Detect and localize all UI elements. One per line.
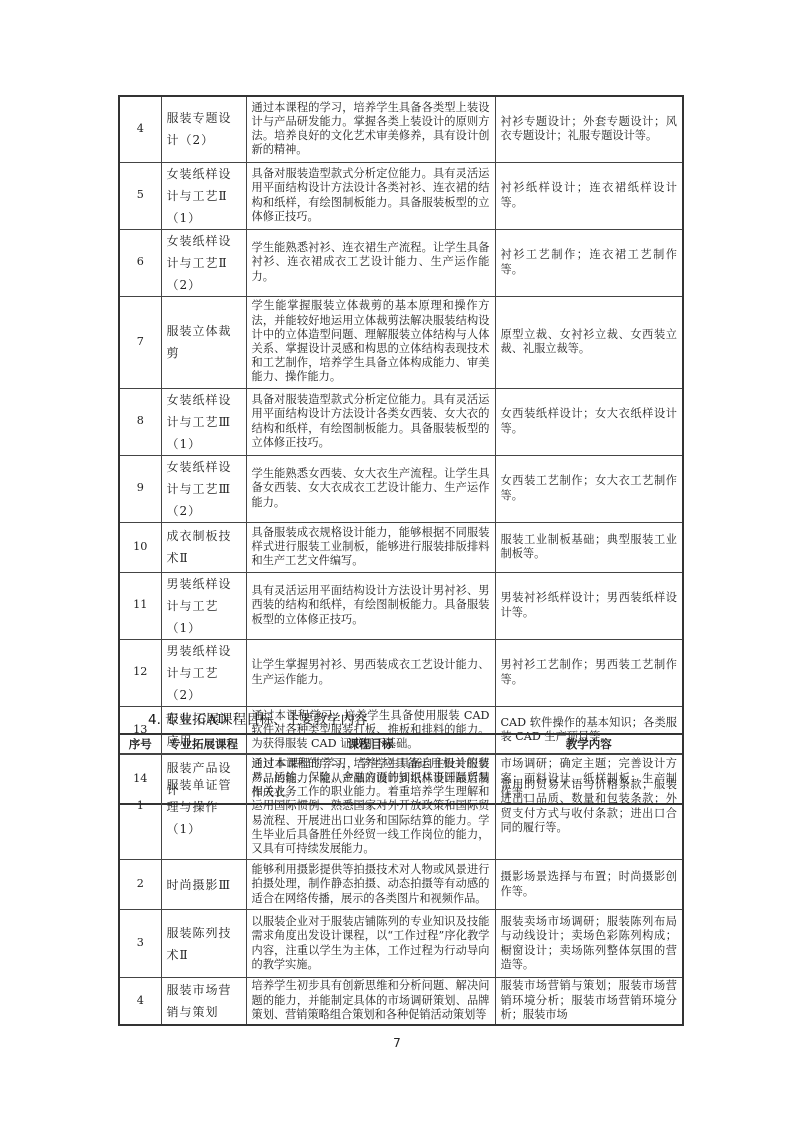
table-header-row: 序号 专业拓展课程 课程目标 教学内容	[119, 734, 683, 754]
header-no: 序号	[119, 734, 161, 754]
course-content: 服装卖场市场调研；服装陈列布局与动线设计；卖场色彩陈列构成；橱窗设计；卖场陈列整…	[495, 910, 683, 978]
course-goal: 学生能掌握服装立体裁剪的基本原理和操作方法，并能较好地运用立体裁剪法解决服装结构…	[246, 296, 495, 388]
table-row: 9女装纸样设计与工艺Ⅲ（2）学生能熟悉女西装、女大衣生产流程。让学生具备女西装、…	[119, 455, 683, 522]
course-number: 4	[119, 96, 161, 162]
course-content: 男衬衫工艺制作；男西装工艺制作等。	[495, 639, 683, 706]
course-name: 服装市场营销与策划	[161, 978, 246, 1025]
course-name: 服装陈列技术Ⅱ	[161, 910, 246, 978]
course-number: 10	[119, 522, 161, 572]
course-number: 12	[119, 639, 161, 706]
course-name: 女装纸样设计与工艺Ⅲ（2）	[161, 455, 246, 522]
table-row: 12男装纸样设计与工艺（2）让学生掌握男衬衫、男西装成衣工艺设计能力、生产运作能…	[119, 639, 683, 706]
table-row: 2时尚摄影Ⅲ能够利用摄影提供等拍摄技术对人物或风景进行拍摄处理，制作静态拍摄、动…	[119, 860, 683, 910]
course-number: 11	[119, 572, 161, 639]
course-number: 4	[119, 978, 161, 1025]
table-row: 4服装专题设计（2）通过本课程的学习，培养学生具备各类型上装设计与产品研发能力。…	[119, 96, 683, 162]
course-name: 服装单证管理与操作（1）	[161, 754, 246, 860]
course-name: 男装纸样设计与工艺（1）	[161, 572, 246, 639]
course-number: 6	[119, 229, 161, 296]
course-goal: 学生能熟悉女西装、女大衣生产流程。让学生具备女西装、女大衣成衣工艺设计能力、生产…	[246, 455, 495, 522]
course-goal: 能够利用摄影提供等拍摄技术对人物或风景进行拍摄处理，制作静态拍摄、动态拍摄等有动…	[246, 860, 495, 910]
table-row: 10成衣制板技术Ⅱ具备服装成衣规格设计能力，能够根据不同服装样式进行服装工业制板…	[119, 522, 683, 572]
course-goal: 具备对服装造型款式分析定位能力。具有灵活运用平面结构设计方法设计各类女西装、女大…	[246, 388, 495, 455]
course-content: 男装衬衫纸样设计；男西装纸样设计等。	[495, 572, 683, 639]
course-name: 女装纸样设计与工艺Ⅱ（1）	[161, 162, 246, 229]
course-name: 时尚摄影Ⅲ	[161, 860, 246, 910]
core-course-table-body: 4服装专题设计（2）通过本课程的学习，培养学生具备各类型上装设计与产品研发能力。…	[119, 96, 683, 804]
course-number: 8	[119, 388, 161, 455]
course-name: 服装专题设计（2）	[161, 96, 246, 162]
course-name: 男装纸样设计与工艺（2）	[161, 639, 246, 706]
table-row: 1服装单证管理与操作（1）通过本课程的学习，学生应具备运用相关的贸易、运输、保险…	[119, 754, 683, 860]
course-number: 3	[119, 910, 161, 978]
course-name: 服装立体裁剪	[161, 296, 246, 388]
table-row: 3服装陈列技术Ⅱ以服装企业对于服装店铺陈列的专业知识及技能需求角度出发设计课程，…	[119, 910, 683, 978]
table-row: 7服装立体裁剪学生能掌握服装立体裁剪的基本原理和操作方法，并能较好地运用立体裁剪…	[119, 296, 683, 388]
course-number: 7	[119, 296, 161, 388]
course-content: 衬衫纸样设计；连衣裙纸样设计等。	[495, 162, 683, 229]
course-goal: 培养学生初步具有创新思维和分析问题、解决问题的能力，并能制定具体的市场调研策划、…	[246, 978, 495, 1025]
header-content: 教学内容	[495, 734, 683, 754]
table-row: 4服装市场营销与策划培养学生初步具有创新思维和分析问题、解决问题的能力，并能制定…	[119, 978, 683, 1025]
course-content: 服装工业制板基础；典型服装工业制板等。	[495, 522, 683, 572]
core-course-table: 4服装专题设计（2）通过本课程的学习，培养学生具备各类型上装设计与产品研发能力。…	[118, 95, 684, 805]
page-number: 7	[0, 1036, 794, 1050]
course-number: 5	[119, 162, 161, 229]
course-content: 摄影场景选择与布置；时尚摄影创作等。	[495, 860, 683, 910]
header-course: 专业拓展课程	[161, 734, 246, 754]
course-content: 原型立裁、女衬衫立裁、女西装立裁、礼服立裁等。	[495, 296, 683, 388]
course-goal: 具备服装成衣规格设计能力，能够根据不同服装样式进行服装工业制板，能够进行服装排版…	[246, 522, 495, 572]
course-content: 衬衫工艺制作；连衣裙工艺制作等。	[495, 229, 683, 296]
header-goal: 课程目标	[246, 734, 495, 754]
course-goal: 通过本课程的学习，学生应具备运用相关的贸易、运输、保险、金融方面的知识从事国际贸…	[246, 754, 495, 860]
course-name: 女装纸样设计与工艺Ⅲ（1）	[161, 388, 246, 455]
table-row: 8女装纸样设计与工艺Ⅲ（1）具备对服装造型款式分析定位能力。具有灵活运用平面结构…	[119, 388, 683, 455]
extension-course-table: 序号 专业拓展课程 课程目标 教学内容 1服装单证管理与操作（1）通过本课程的学…	[118, 733, 684, 1026]
course-goal: 以服装企业对于服装店铺陈列的专业知识及技能需求角度出发设计课程，以“工作过程”序…	[246, 910, 495, 978]
course-name: 女装纸样设计与工艺Ⅱ（2）	[161, 229, 246, 296]
extension-course-table-body: 1服装单证管理与操作（1）通过本课程的学习，学生应具备运用相关的贸易、运输、保险…	[119, 754, 683, 1025]
course-goal: 让学生掌握男衬衫、男西装成衣工艺设计能力、生产运作能力。	[246, 639, 495, 706]
course-number: 1	[119, 754, 161, 860]
course-content: 衬衫专题设计；外套专题设计；风衣专题设计；礼服专题设计等。	[495, 96, 683, 162]
course-number: 2	[119, 860, 161, 910]
course-name: 成衣制板技术Ⅱ	[161, 522, 246, 572]
course-goal: 具有灵活运用平面结构设计方法设计男衬衫、男西装的结构和纸样，有绘图制板能力。具备…	[246, 572, 495, 639]
course-content: 女西装纸样设计；女大衣纸样设计等。	[495, 388, 683, 455]
section-title: 4. 专业拓展课程目标、主要教学内容	[148, 708, 368, 728]
course-content: 常用的贸易术语与价格条款；服装进出口品质、数量和包装条款；外贸支付方式与收付条款…	[495, 754, 683, 860]
course-number: 9	[119, 455, 161, 522]
course-goal: 通过本课程的学习，培养学生具备各类型上装设计与产品研发能力。掌握各类上装设计的原…	[246, 96, 495, 162]
table-row: 5女装纸样设计与工艺Ⅱ（1）具备对服装造型款式分析定位能力。具有灵活运用平面结构…	[119, 162, 683, 229]
table-row: 6女装纸样设计与工艺Ⅱ（2）学生能熟悉衬衫、连衣裙生产流程。让学生具备衬衫、连衣…	[119, 229, 683, 296]
course-content: 女西装工艺制作；女大衣工艺制作等。	[495, 455, 683, 522]
course-goal: 学生能熟悉衬衫、连衣裙生产流程。让学生具备衬衫、连衣裙成衣工艺设计能力、生产运作…	[246, 229, 495, 296]
course-goal: 具备对服装造型款式分析定位能力。具有灵活运用平面结构设计方法设计各类衬衫、连衣裙…	[246, 162, 495, 229]
document-page: 4服装专题设计（2）通过本课程的学习，培养学生具备各类型上装设计与产品研发能力。…	[0, 0, 794, 1123]
course-content: 服装市场营销与策划；服装市场营销环境分析；服装市场营销环境分析；服装市场	[495, 978, 683, 1025]
table-row: 11男装纸样设计与工艺（1）具有灵活运用平面结构设计方法设计男衬衫、男西装的结构…	[119, 572, 683, 639]
